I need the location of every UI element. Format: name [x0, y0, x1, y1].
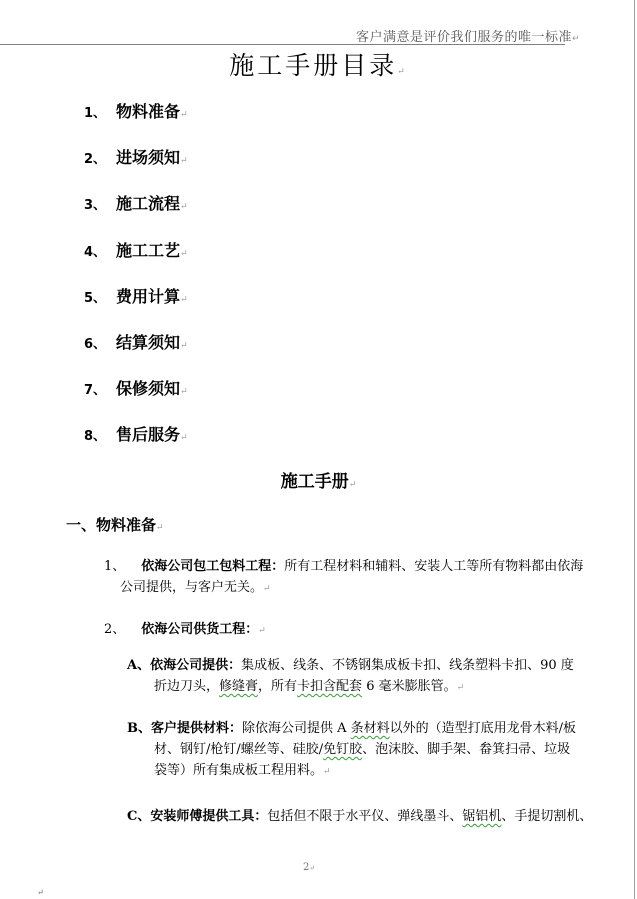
toc-item: 1、物料准备↵	[84, 99, 188, 122]
toc-item-number: 2、	[84, 152, 106, 167]
toc-item-label: 结算须知	[116, 333, 180, 352]
toc-item-number: 7、	[84, 383, 106, 398]
sub-item-text: 6 毫米膨胀管。	[362, 679, 457, 694]
toc-item: 8、售后服务↵	[84, 422, 188, 445]
item-2-paragraph: 2、依海公司供货工程：↵	[104, 619, 266, 642]
sub-item-text: 折边刀头，	[127, 679, 219, 694]
spell-flag-text: 条材料	[351, 721, 390, 736]
toc-item-label: 费用计算	[116, 287, 180, 306]
spell-flag-text: 修缝膏	[219, 679, 258, 694]
item-number: 1、	[104, 559, 125, 574]
sub-item-text: ，所有	[258, 679, 297, 694]
paragraph-mark-icon: ↵	[397, 67, 408, 77]
header-divider	[0, 44, 565, 45]
page-number: 2↵	[303, 862, 315, 873]
manual-title-text: 施工手册	[281, 472, 349, 492]
spell-flag-text: 卡扣含配套	[297, 679, 362, 694]
sub-item-text: 、手提切割机、	[501, 809, 592, 824]
toc-item: 4、施工工艺↵	[84, 238, 188, 261]
spell-flag-text: 免钉胶	[323, 742, 362, 757]
paragraph-mark-icon: ↵	[180, 110, 188, 120]
item-1-paragraph: 1、依海公司包工包料工程：所有工程材料和辅料、安装人工等所有物料都由依海 公司提…	[104, 556, 584, 600]
sub-item-text: 集成板、线条、不锈钢集成板卡扣、线条塑料卡扣、90 度	[241, 658, 574, 673]
paragraph-mark-icon: ↵	[323, 767, 331, 777]
sub-item-text: 袋等）所有集成板工程用料。	[127, 763, 323, 778]
toc-item-number: 4、	[84, 245, 106, 260]
toc-item-label: 售后服务	[116, 425, 180, 444]
paragraph-mark-icon: ↵	[180, 295, 188, 305]
toc-item: 7、保修须知↵	[84, 376, 188, 399]
toc-item: 3、施工流程↵	[84, 191, 188, 214]
paragraph-mark-icon: ↵	[258, 626, 266, 636]
item-label: 依海公司供货工程：	[141, 622, 258, 637]
sub-item-c: C、安装师傅提供工具：包括但不限于水平仪、弹线墨斗、锯铝机、手提切割机、	[127, 806, 597, 827]
paragraph-mark-icon: ↵	[457, 683, 465, 693]
page-header: 客户满意是评价我们服务的唯一标准↵	[356, 26, 580, 45]
toc-item-number: 6、	[84, 337, 106, 352]
section-heading-text: 一、物料准备	[66, 516, 156, 534]
toc-item-label: 进场须知	[116, 148, 180, 167]
toc-item: 6、结算须知↵	[84, 330, 188, 353]
section-heading: 一、物料准备↵	[66, 514, 164, 535]
toc-item-number: 3、	[84, 198, 106, 213]
paragraph-mark-icon: ↵	[37, 888, 44, 897]
sub-item-text: 除依海公司提供 A	[242, 721, 351, 736]
sub-item-text: 包括但不限于水平仪、弹线墨斗、	[267, 809, 462, 824]
toc-item-label: 施工流程	[116, 194, 180, 213]
toc-item: 2、进场须知↵	[84, 145, 188, 168]
sub-item-text: 以外的（造型打底用龙骨木料/板	[390, 721, 576, 736]
sub-item-text: 、泡沫胶、脚手架、畚箕扫帚、垃圾	[362, 742, 570, 757]
toc-item-number: 1、	[84, 106, 106, 121]
sub-item-label: A、依海公司提供：	[127, 658, 241, 673]
paragraph-mark-icon: ↵	[349, 480, 357, 490]
toc-item-label: 物料准备	[116, 102, 180, 121]
header-slogan: 客户满意是评价我们服务的唯一标准	[356, 30, 572, 45]
toc-item-number: 8、	[84, 429, 106, 444]
sub-item-label: B、客户提供材料：	[127, 721, 242, 736]
paragraph-mark-icon: ↵	[263, 584, 271, 594]
paragraph-mark-icon: ↵	[572, 34, 580, 44]
paragraph-mark-icon: ↵	[180, 387, 188, 397]
paragraph-mark-icon: ↵	[180, 202, 188, 212]
paragraph-mark-icon: ↵	[309, 864, 315, 872]
paragraph-mark-icon: ↵	[180, 341, 188, 351]
item-text: 所有工程材料和辅料、安装人工等所有物料都由依海	[284, 559, 583, 574]
sub-item-text: 材、钢钉/枪钉/螺丝等、硅胶/	[127, 742, 323, 757]
manual-title: 施工手册↵	[0, 467, 637, 492]
sub-item-label: C、安装师傅提供工具：	[127, 809, 267, 824]
paragraph-mark-icon: ↵	[180, 249, 188, 259]
toc-item-label: 保修须知	[116, 379, 180, 398]
paragraph-mark-icon: ↵	[156, 523, 164, 533]
sub-item-b: B、客户提供材料：除依海公司提供 A 条材料以外的（造型打底用龙骨木料/板 材、…	[127, 718, 587, 783]
item-text: 公司提供，与客户无关。	[104, 580, 263, 595]
toc-item-number: 5、	[84, 291, 106, 306]
item-label: 依海公司包工包料工程：	[141, 559, 284, 574]
paragraph-mark-icon: ↵	[180, 156, 188, 166]
sub-item-a: A、依海公司提供：集成板、线条、不锈钢集成板卡扣、线条塑料卡扣、90 度 折边刀…	[127, 655, 587, 699]
toc-title-text: 施工手册目录	[229, 51, 397, 80]
toc-item-label: 施工工艺	[116, 241, 180, 260]
page-edge	[634, 0, 635, 899]
toc-title: 施工手册目录↵	[0, 46, 637, 82]
paragraph-mark-icon: ↵	[180, 433, 188, 443]
toc-item: 5、费用计算↵	[84, 284, 188, 307]
item-number: 2、	[104, 622, 125, 637]
spell-flag-text: 锯铝机	[462, 809, 501, 824]
